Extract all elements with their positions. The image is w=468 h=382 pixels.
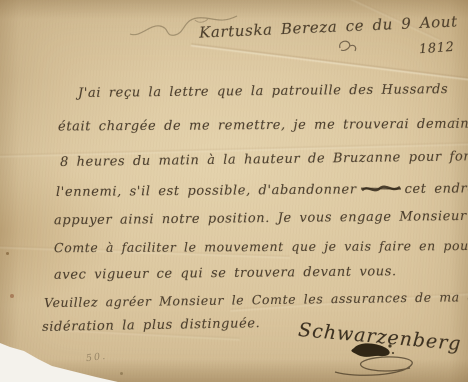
ink-speck xyxy=(120,372,123,375)
aged-paper-sheet: Kartuska Bereza ce du 9 Aout 1812 J'ai r… xyxy=(0,0,468,382)
closing-line-1: Veuillez agréer Monsieur le Comte les as… xyxy=(44,289,468,310)
ink-blot xyxy=(346,340,398,360)
strikethrough-scribble-icon xyxy=(360,182,402,195)
letter-line-6: Comte à faciliter le mouvement que je va… xyxy=(54,238,468,255)
pencil-note: 50. xyxy=(85,351,107,364)
dateline-flourish-icon xyxy=(336,38,360,54)
letter-line-4: l'ennemi, s'il est possible, d'abandonne… xyxy=(56,181,468,200)
letter-line-3: 8 heures du matin à la hauteur de Bruzan… xyxy=(60,149,468,170)
letter-photograph: Kartuska Bereza ce du 9 Aout 1812 J'ai r… xyxy=(0,0,468,382)
letter-line-4-after: cet endroit, et xyxy=(405,181,468,197)
letter-line-7: avec vigueur ce qui se trouvera devant v… xyxy=(54,264,397,283)
letter-line-4-before: l'ennemi, s'il est possible, d'abandonne… xyxy=(56,182,357,200)
dateline-year: 1812 xyxy=(418,40,454,57)
letter-line-2: était chargée de me remettre, je me trou… xyxy=(58,117,468,135)
red-speck xyxy=(10,294,14,298)
ink-speck xyxy=(6,252,9,255)
letter-line-5: appuyer ainsi notre position. Je vous en… xyxy=(54,209,468,229)
letter-line-1: J'ai reçu la lettre que la patrouille de… xyxy=(78,82,448,101)
closing-line-2: sidération la plus distinguée. xyxy=(42,316,261,335)
